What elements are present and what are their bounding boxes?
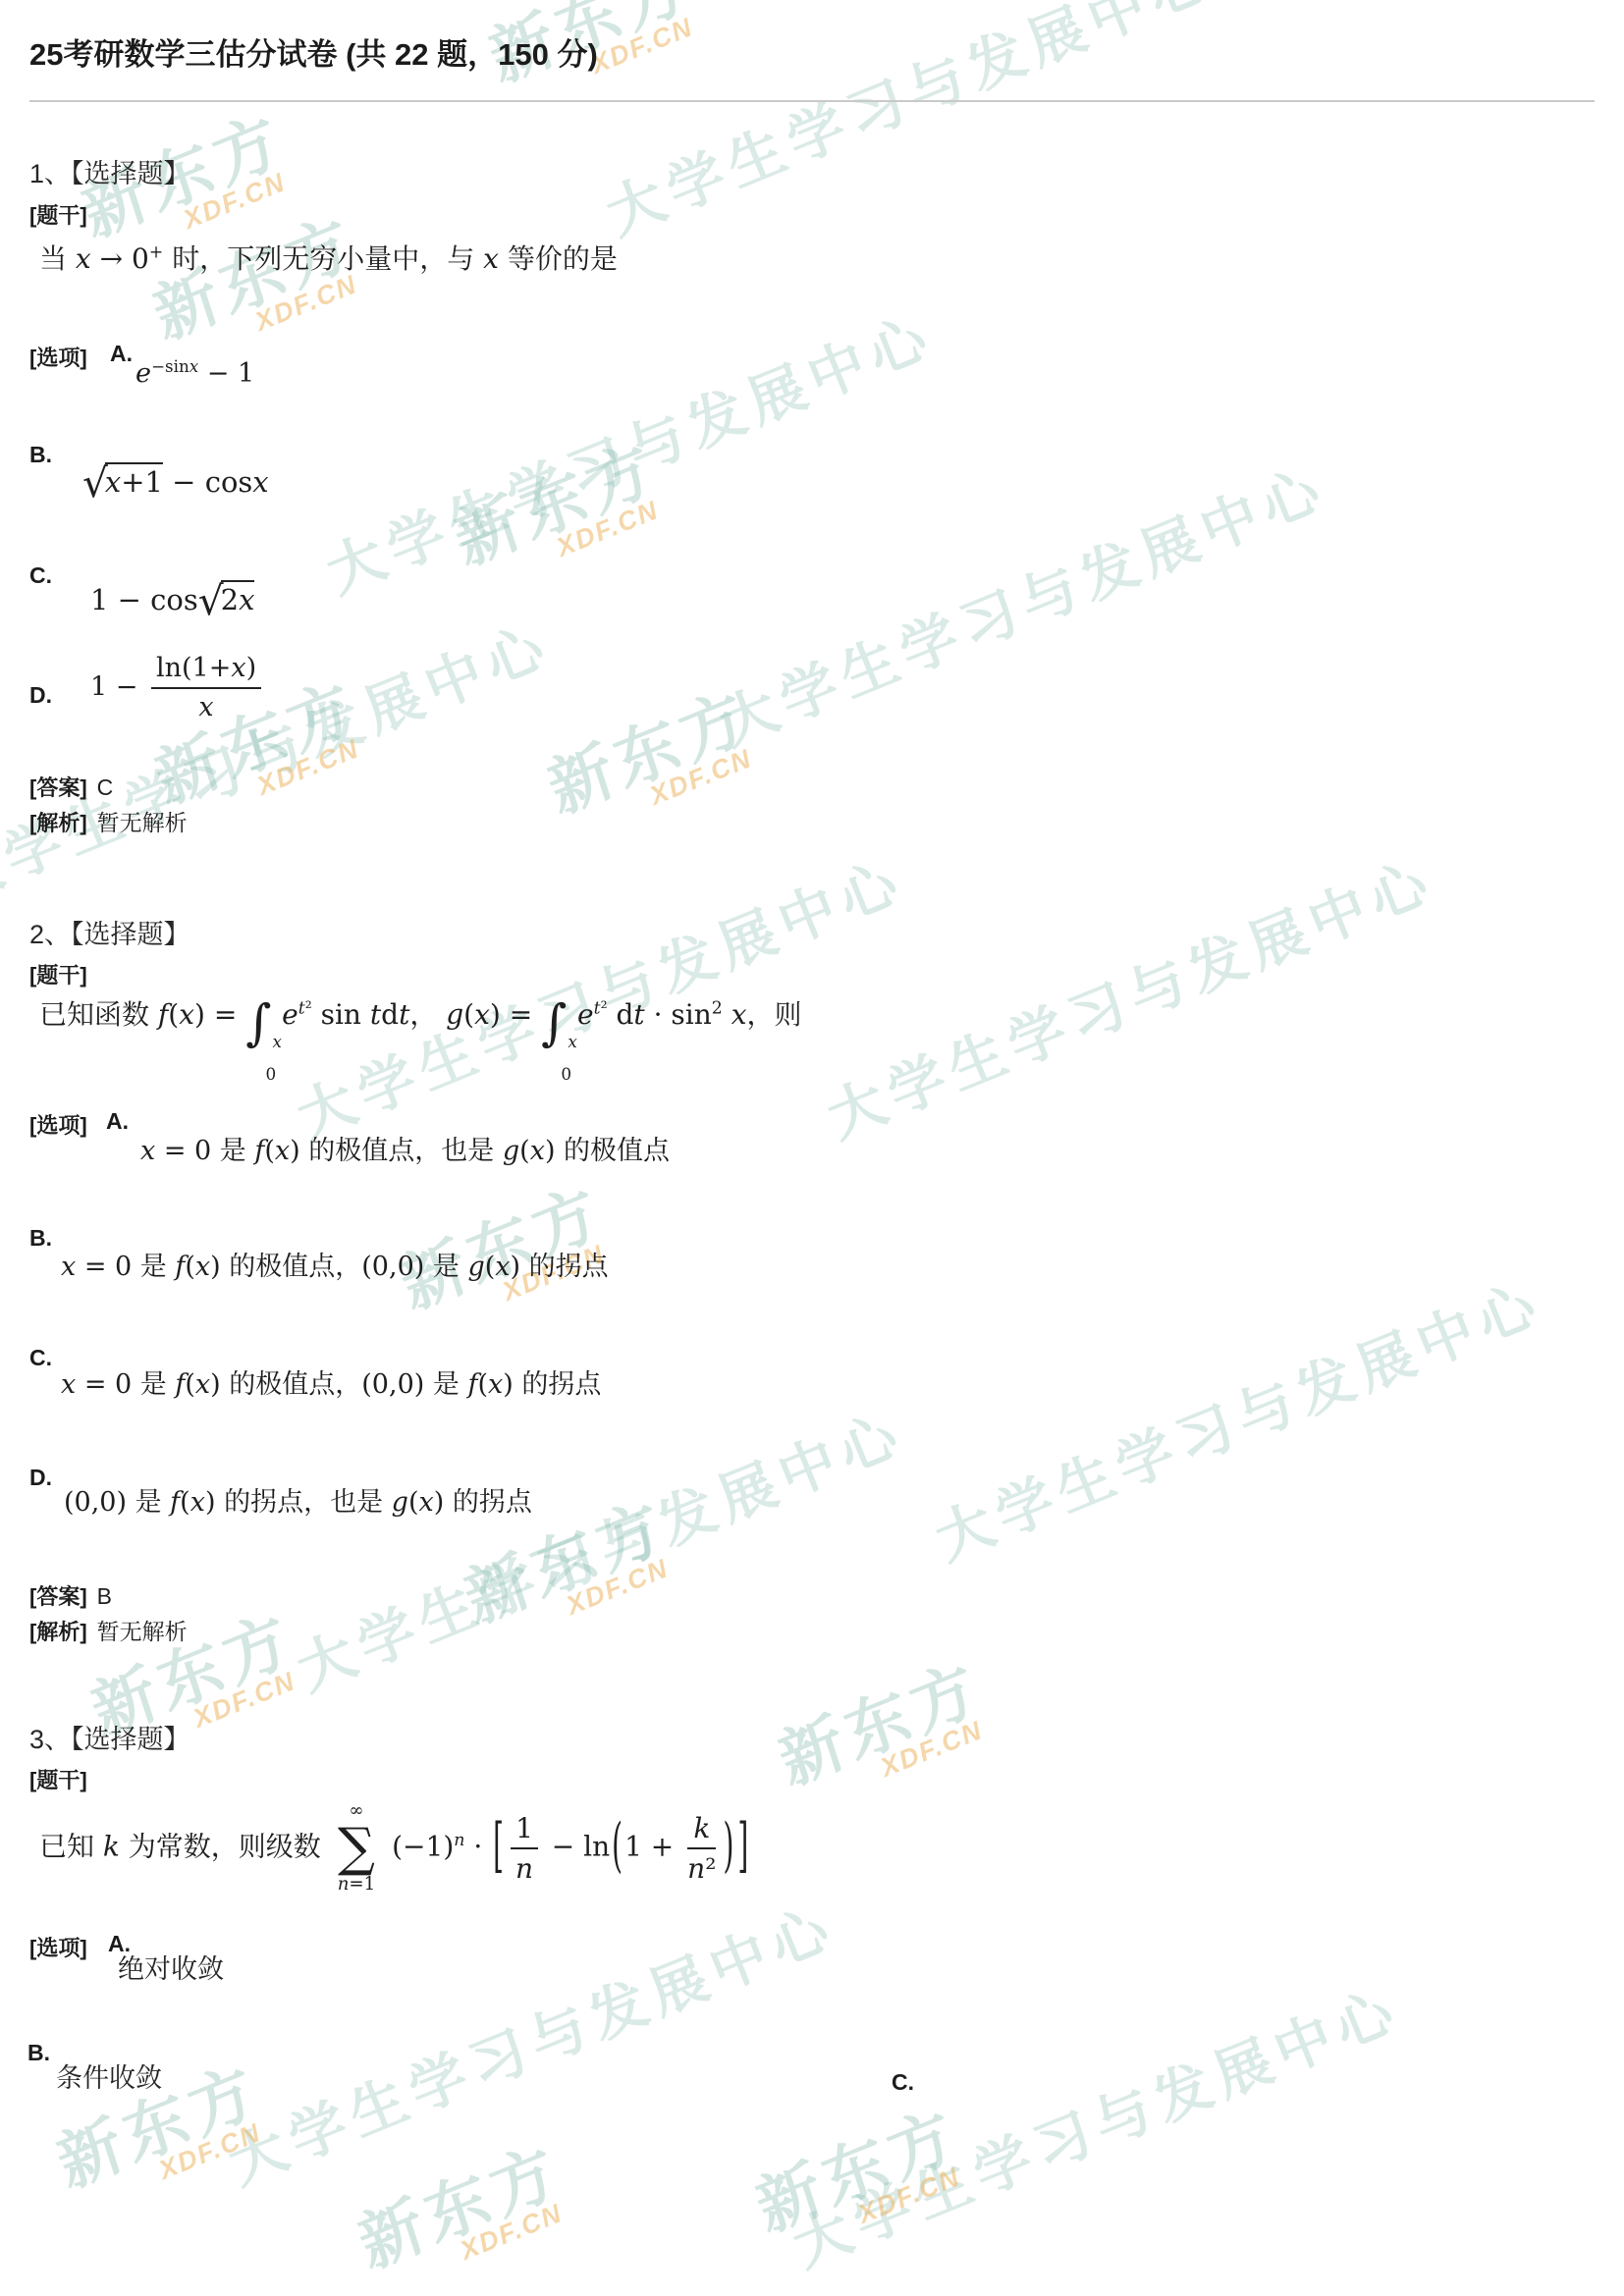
question-1-option-b-label: B. xyxy=(29,442,52,468)
watermark-brand-logo: 新东方XDF.CN xyxy=(532,665,770,846)
question-3-option-c-label: C. xyxy=(892,2069,914,2096)
question-1-option-d-label: D. xyxy=(29,682,52,709)
question-2-option-b-label: B. xyxy=(29,1225,52,1252)
question-3-header: 3、【选择题】 xyxy=(29,1718,190,1756)
answer-label: [答案] xyxy=(29,1584,87,1609)
question-2-option-c-text: x = 0 是 f(x) 的极值点，(0,0) 是 f(x) 的拐点 xyxy=(61,1362,601,1401)
watermark-center-text: 大学生学习与发展中心 xyxy=(921,1256,1552,1575)
question-1-option-c-formula: 1 − cos√2x xyxy=(90,577,254,624)
question-2-option-a-label: A. xyxy=(106,1108,129,1135)
question-1-answer-row: [答案]C xyxy=(29,772,113,802)
question-3-stem-label: [题干] xyxy=(29,1764,87,1794)
question-1-option-c-label: C. xyxy=(29,562,52,589)
question-2-stem: 已知函数 f(x) = ∫x0et² sin tdt， g(x) = ∫x0et… xyxy=(39,993,802,1083)
question-2-options-label: [选项] xyxy=(29,1109,87,1140)
question-2-option-d-label: D. xyxy=(29,1465,52,1491)
title-divider xyxy=(29,100,1595,102)
question-1-option-d-formula: 1 − ln(1+x)x xyxy=(90,652,266,724)
question-2-option-b-text: x = 0 是 f(x) 的极值点，(0,0) 是 g(x) 的拐点 xyxy=(61,1245,609,1283)
question-3-option-b-text: 条件收敛 xyxy=(56,2056,162,2095)
brand-name: 新东方 xyxy=(388,1158,614,1326)
question-2-answer-row: [答案]B xyxy=(29,1580,112,1611)
analysis-label: [解析] xyxy=(29,1620,87,1644)
question-2-analysis-value: 暂无解析 xyxy=(97,1619,188,1644)
question-2-header: 2、【选择题】 xyxy=(29,913,190,951)
question-1-options-label: [选项] xyxy=(29,342,87,372)
answer-label: [答案] xyxy=(29,775,87,800)
question-3-stem: 已知 k 为常数，则级数 ∞∑n=1 (−1)n · [1n − ln(1 + … xyxy=(39,1802,750,1895)
analysis-label: [解析] xyxy=(29,811,87,835)
question-2-option-d-text: (0,0) 是 f(x) 的拐点，也是 g(x) 的拐点 xyxy=(64,1480,532,1519)
question-1-option-a-label: A. xyxy=(110,341,133,367)
brand-name: 新东方 xyxy=(535,663,761,830)
question-2-answer-value: B xyxy=(97,1583,112,1609)
question-2-option-c-label: C. xyxy=(29,1345,52,1371)
question-2-analysis-row: [解析]暂无解析 xyxy=(29,1614,188,1646)
question-3-options-label: [选项] xyxy=(29,1932,87,1962)
watermark-center-text: 大学生学习与发展中心 xyxy=(813,834,1444,1153)
question-2-stem-label: [题干] xyxy=(29,959,87,989)
question-2-option-a-text: x = 0 是 f(x) 的极值点，也是 g(x) 的极值点 xyxy=(140,1129,670,1167)
page-title: 25考研数学三估分试卷 (共 22 题，150 分) xyxy=(29,29,598,74)
question-1-answer-value: C xyxy=(97,774,114,800)
question-1-header: 1、【选择题】 xyxy=(29,152,190,190)
exam-document-page: 大学生学习与发展中心 大学生学习与发展中心 大学生学习与发展中心 大学生学习与发… xyxy=(0,0,1624,2296)
question-3-option-a-text: 绝对收敛 xyxy=(118,1948,224,1986)
brand-name: 新东方 xyxy=(766,1634,992,1802)
question-1-option-a-formula: e−sinx − 1 xyxy=(135,356,254,389)
watermark-brand-logo: 新东方XDF.CN xyxy=(763,1636,1001,1818)
question-1-stem: 当 x → 0+ 时，下列无穷小量中，与 x 等价的是 xyxy=(39,238,618,277)
question-3-option-b-label: B. xyxy=(27,2040,50,2066)
watermark-center-text: 大学生学习与发展中心 xyxy=(705,442,1336,761)
question-1-analysis-value: 暂无解析 xyxy=(97,810,188,835)
question-1-stem-label: [题干] xyxy=(29,199,87,230)
question-1-analysis-row: [解析]暂无解析 xyxy=(29,805,188,837)
question-1-option-b-formula: √x+1 − cosx xyxy=(82,459,269,507)
